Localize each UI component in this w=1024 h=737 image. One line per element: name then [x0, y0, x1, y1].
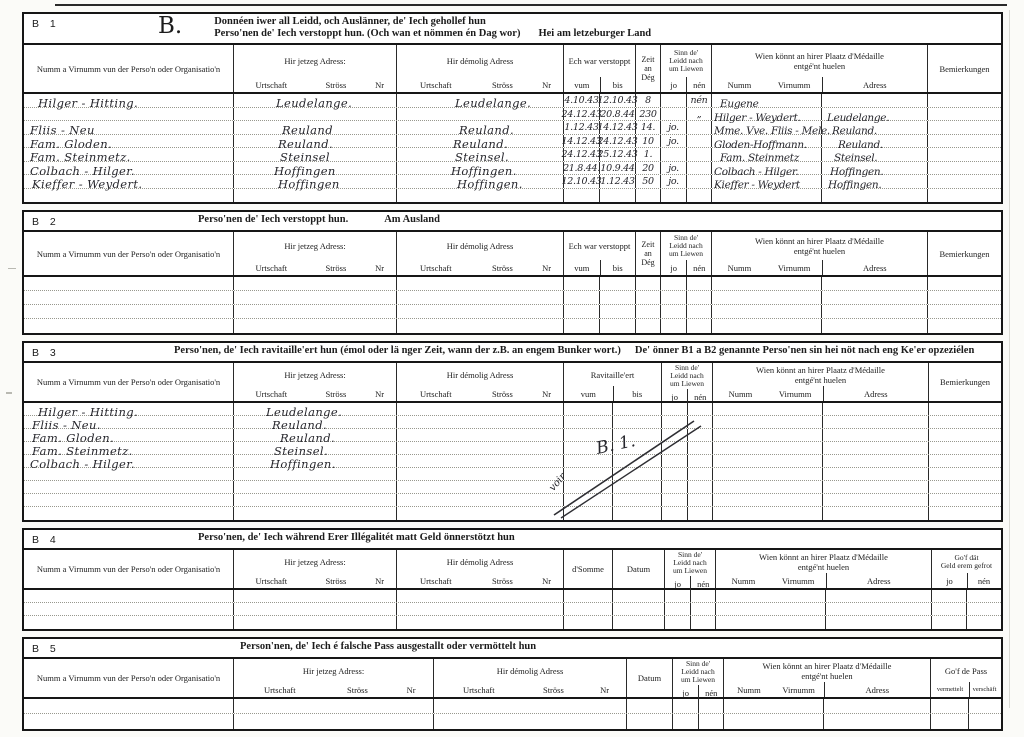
sub-virnumm: Virnumm — [767, 77, 822, 92]
table-row-empty — [24, 291, 1001, 305]
sub-urtschaft: Urtschaft — [397, 77, 475, 92]
table-row-empty — [24, 616, 1001, 629]
col-name-header: Numm a Virnumm vun der Perso'n oder Orga… — [24, 659, 233, 697]
table-row-empty — [24, 590, 1001, 603]
sub-nr: Nr — [530, 77, 563, 92]
col-verstoppt-header: Ech war verstoppt — [564, 45, 635, 77]
table-row-empty — [24, 277, 1001, 291]
section-b5-body — [24, 699, 1001, 720]
col-sinn-header: Sinn de' Leidd nach um Liewen — [661, 45, 711, 77]
section-b1-body: Hilger - Hitting. Leudelange. Leudelange… — [24, 94, 1001, 202]
sub-jo: jo — [661, 77, 686, 92]
table-row-empty — [24, 494, 1001, 507]
table-row-empty — [24, 714, 1001, 720]
section-code: B 2 — [32, 214, 90, 228]
sub-numm: Numm — [712, 77, 767, 92]
col-datum-header: Datum — [627, 659, 672, 697]
section-title: Perso'nen, de' Iech ravitaille'ert hun (… — [174, 345, 974, 357]
scan-artifact — [8, 268, 16, 269]
col-gof-geld-header: Go'f dät Geld erem gefrot — [932, 550, 1001, 573]
table-row-empty — [24, 507, 1001, 520]
sub-vum: vum — [564, 77, 600, 92]
sub-urtschaft: Urtschaft — [234, 77, 309, 92]
section-title: Person'nen, de' Iech é falsche Pass ausg… — [240, 641, 536, 653]
section-code: B 5 — [32, 641, 90, 655]
sub-stross: Ströss — [475, 77, 531, 92]
table-row-empty — [24, 699, 1001, 714]
table-row-empty — [24, 468, 1001, 481]
page-top-rule — [55, 4, 1007, 6]
big-letter-b: B. — [158, 16, 182, 37]
section-b2: B 2 Perso'nen de' Iech verstoppt hun. Am… — [22, 210, 1003, 335]
section-b2-header: Numm a Virnumm vun der Perso'n oder Orga… — [24, 232, 1001, 277]
section-b4-header: Numm a Virnumm vun der Perso'n oder Orga… — [24, 550, 1001, 590]
sub-stross: Ströss — [309, 77, 364, 92]
col-jetzeg-header: Hir jetzeg Adress: — [234, 45, 396, 77]
section-title: Donnéen iwer all Leidd, och Auslänner, d… — [214, 16, 651, 40]
section-code: B 1 — [32, 16, 90, 30]
table-row-empty — [24, 603, 1001, 616]
table-row: Fam. Gloden. Reuland. — [24, 429, 1001, 442]
section-b2-body — [24, 277, 1001, 333]
table-row: Hilger - Hitting. Leudelange. Leudelange… — [24, 94, 1001, 108]
section-b1-header: Numm a Virnumm vun der Perso'n oder Orga… — [24, 45, 1001, 94]
col-bemierkungen-header: Bemierkungen — [928, 45, 1001, 92]
col-name-header: Numm a Virnumm vun der Perso'n oder Orga… — [24, 363, 233, 401]
table-row-empty — [24, 481, 1001, 494]
title-right: Am Ausland — [384, 214, 440, 226]
section-code: B 4 — [32, 532, 90, 546]
sub-adress: Adress — [822, 77, 928, 92]
section-b3-titlebar: B 3 Perso'nen, de' Iech ravitaille'ert h… — [24, 343, 1001, 363]
section-b3-body: Hilger - Hitting. Leudelange. Fliis - Ne… — [24, 403, 1001, 520]
table-row: Fam. Steinmetz. Steinsel Steinsel. 24.12… — [24, 148, 1001, 162]
col-demolig-header: Hir démolig Adress — [397, 45, 563, 77]
section-b4-body — [24, 590, 1001, 629]
col-zeit-header: Zeit an Dég — [636, 45, 660, 92]
sub-nr: Nr — [363, 77, 396, 92]
col-datum-header: Datum — [613, 550, 664, 588]
table-row: Fliis - Neu. Reuland. — [24, 416, 1001, 429]
section-b1: B 1 B. Donnéen iwer all Leidd, och Auslä… — [22, 12, 1003, 204]
table-row: Colbach - Hilger. Hoffingen. — [24, 455, 1001, 468]
col-gof-pass-header: Go'f de Pass — [931, 659, 1001, 682]
title-line2-wrap: Perso'nen de' Iech verstoppt hun. (Och w… — [214, 28, 651, 40]
section-title: Perso'nen, de' Iech während Erer Illégal… — [198, 532, 515, 544]
section-b1-titlebar: B 1 B. Donnéen iwer all Leidd, och Auslä… — [24, 14, 1001, 45]
section-b4-titlebar: B 4 Perso'nen, de' Iech während Erer Ill… — [24, 530, 1001, 550]
table-row: Hilger - Hitting. Leudelange. — [24, 403, 1001, 416]
section-code: B 3 — [32, 345, 90, 359]
sub-nen: nén — [686, 77, 711, 92]
title-line2: Perso'nen de' Iech verstoppt hun. (Och w… — [214, 28, 520, 40]
title-right: Hei am letzeburger Land — [538, 28, 651, 40]
table-row-empty — [24, 189, 1001, 203]
col-name-header: Numm a Virnumm vun der Perso'n oder Orga… — [24, 232, 233, 275]
scan-artifact — [6, 392, 12, 394]
table-row: Colbach - Hilger. Hoffingen Hoffingen. 2… — [24, 162, 1001, 176]
table-row: Kieffer - Weydert. Hoffingen Hoffingen. … — [24, 175, 1001, 189]
title-line1: Donnéen iwer all Leidd, och Auslänner, d… — [214, 16, 651, 28]
questionnaire-form: B 1 B. Donnéen iwer all Leidd, och Auslä… — [22, 12, 1003, 720]
section-b5-titlebar: B 5 Person'nen, de' Iech é falsche Pass … — [24, 639, 1001, 659]
table-row-empty — [24, 305, 1001, 319]
section-b3-header: Numm a Virnumm vun der Perso'n oder Orga… — [24, 363, 1001, 403]
col-name-header: Numm a Virnumm vun der Perso'n oder Orga… — [24, 550, 233, 588]
section-title: Perso'nen de' Iech verstoppt hun. Am Aus… — [198, 214, 440, 226]
col-ravitaillert-header: Ravitaille'ert — [564, 363, 661, 386]
table-row: Fam. Gloden. Reuland. Reuland. 14.12.43 … — [24, 135, 1001, 149]
sub-bis: bis — [600, 77, 636, 92]
table-row: 24.12.43 20.8.44 230 „ Hilger - Weydert.… — [24, 108, 1001, 122]
section-b5: B 5 Person'nen, de' Iech é falsche Pass … — [22, 637, 1003, 720]
col-medal-header: Wien könnt an hirer Plaatz d'Médaille en… — [712, 45, 927, 77]
table-row: Fliis - Neu Reuland Reuland. 1.12.43 14.… — [24, 121, 1001, 135]
table-row-empty — [24, 319, 1001, 333]
scan-edge-artifact — [1009, 10, 1010, 708]
section-b2-titlebar: B 2 Perso'nen de' Iech verstoppt hun. Am… — [24, 212, 1001, 232]
section-b5-header: Numm a Virnumm vun der Perso'n oder Orga… — [24, 659, 1001, 699]
table-row: Fam. Steinmetz. Steinsel. — [24, 442, 1001, 455]
col-somme-header: d'Somme — [564, 550, 612, 588]
scanned-form-page: B 1 B. Donnéen iwer all Leidd, och Auslä… — [0, 0, 1024, 720]
col-name-header: Numm a Virnumm vun der Perso'n oder Orga… — [24, 45, 233, 92]
section-b4: B 4 Perso'nen, de' Iech während Erer Ill… — [22, 528, 1003, 631]
section-b3: B 3 Perso'nen, de' Iech ravitaille'ert h… — [22, 341, 1003, 522]
